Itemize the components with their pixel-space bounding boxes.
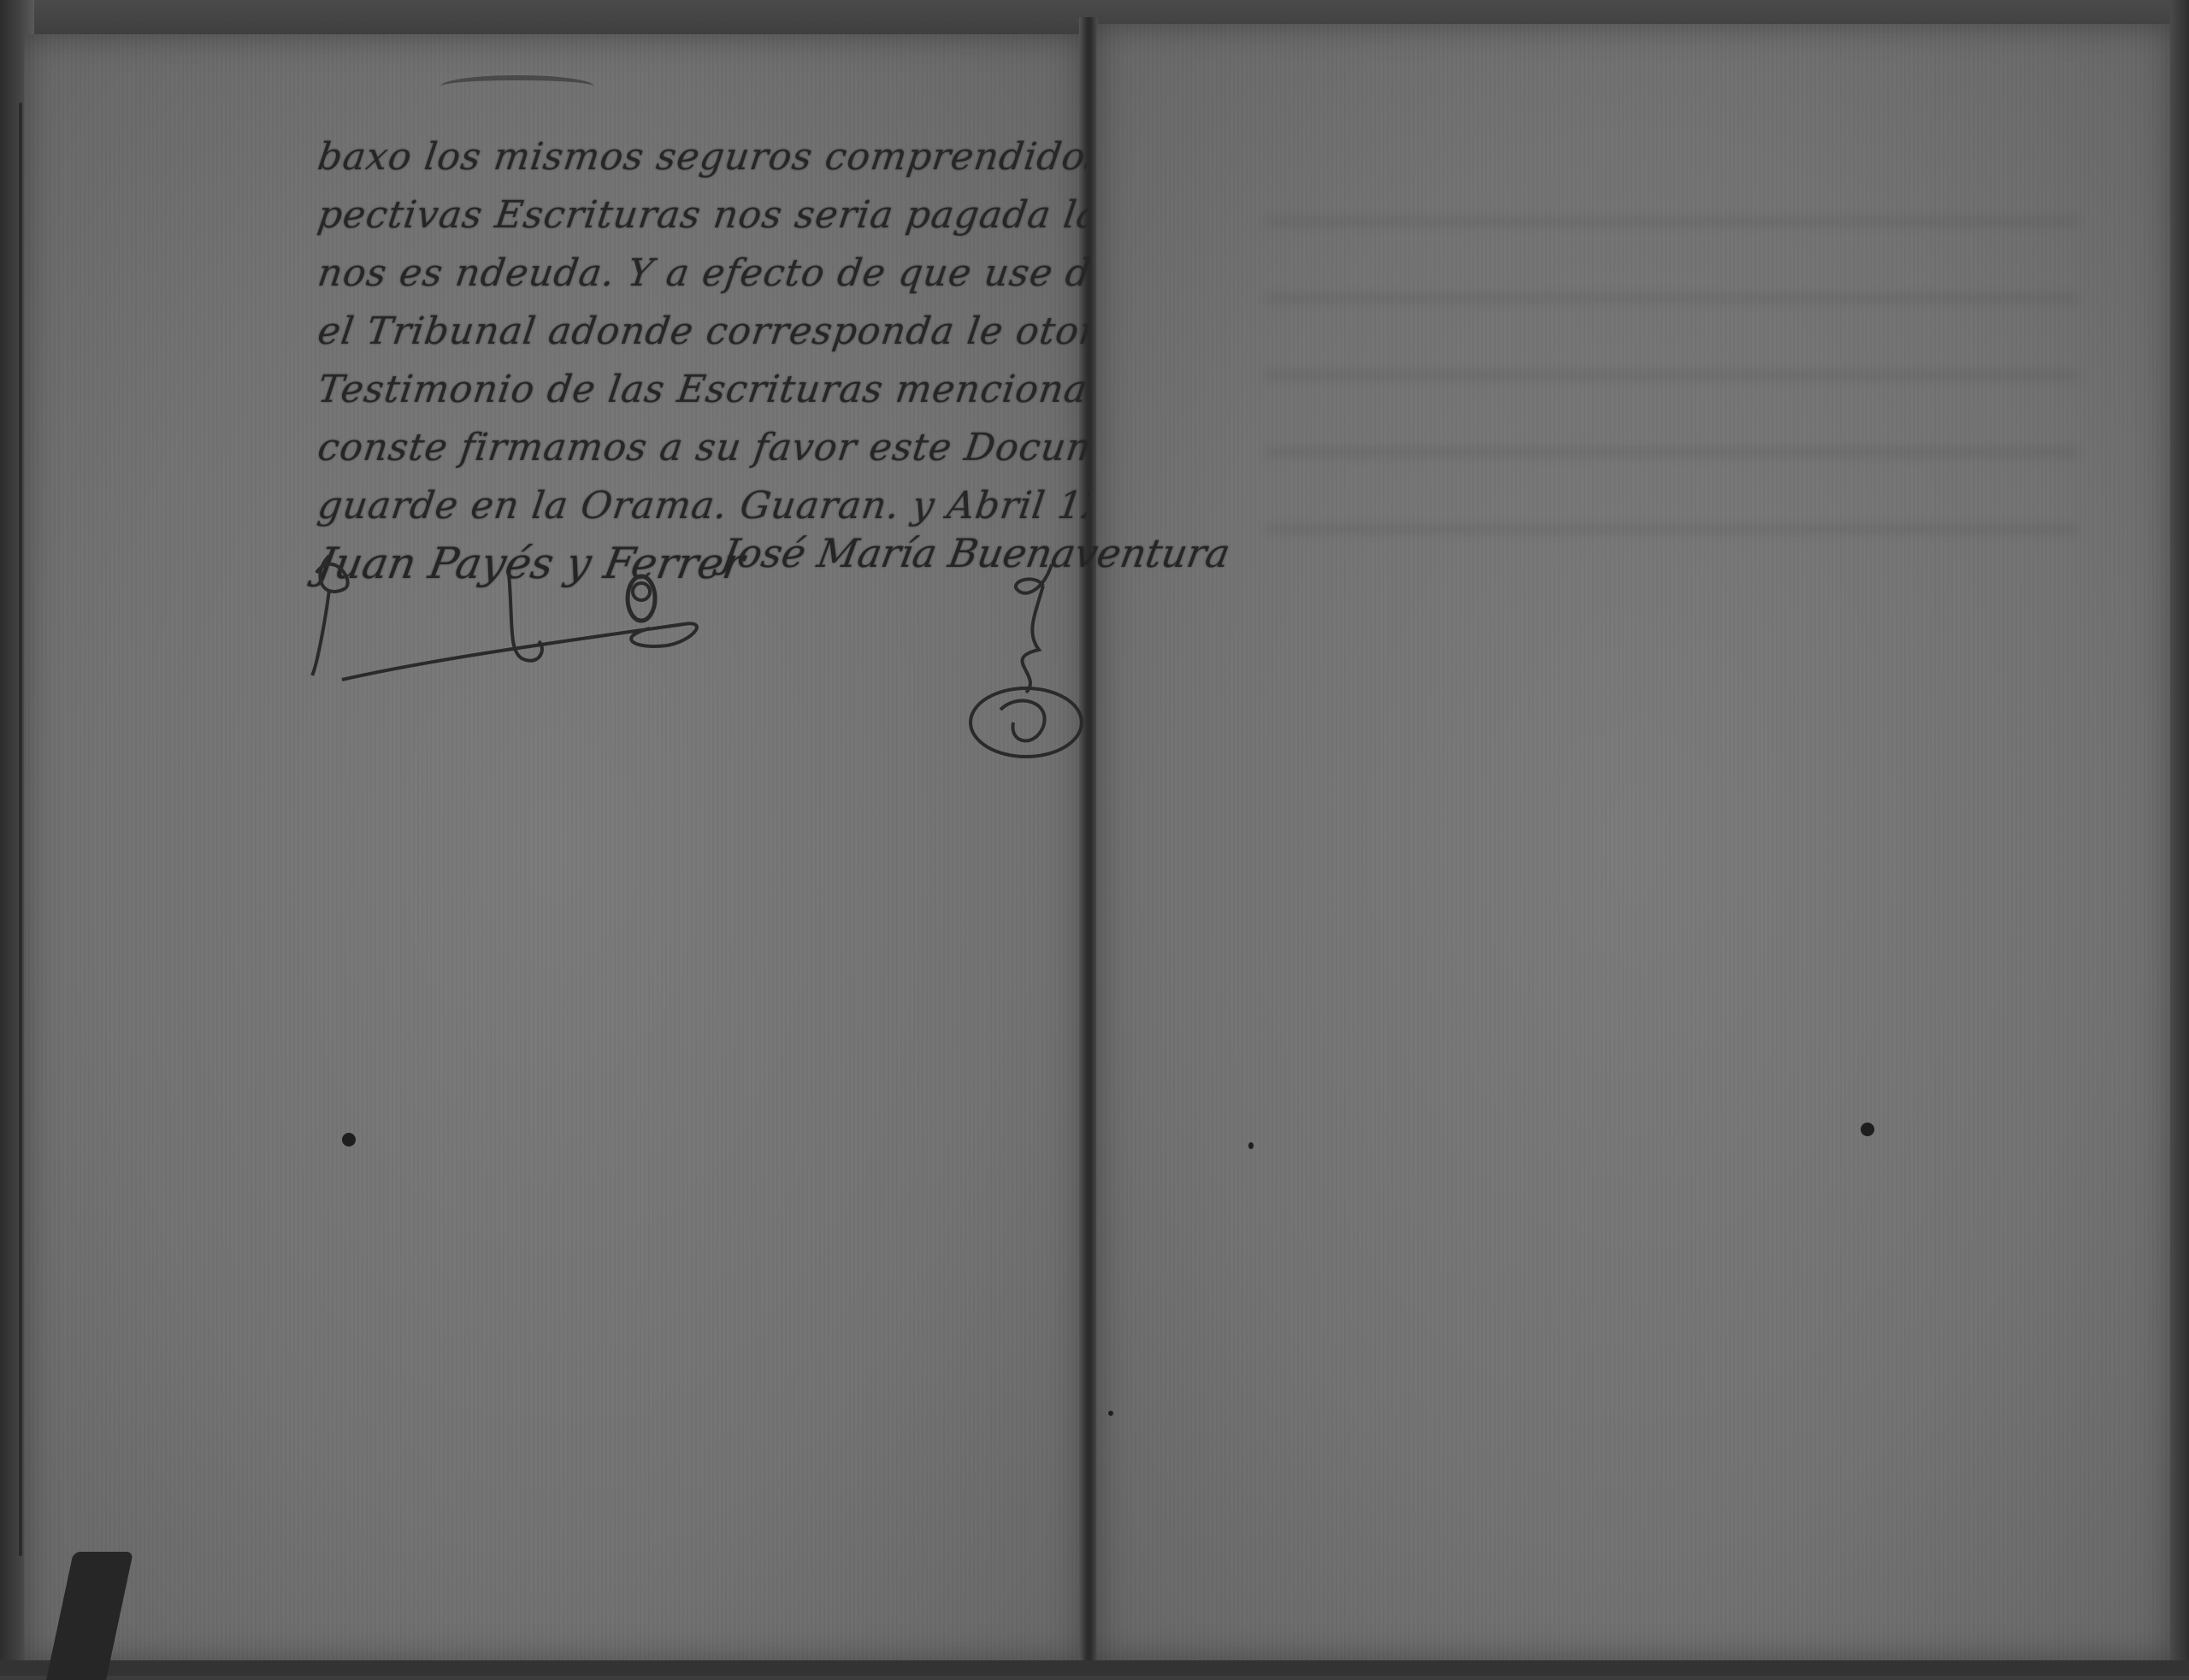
- ink-spot: [342, 1133, 356, 1147]
- bleed-through-text: [1266, 171, 2078, 598]
- signature-rubric-icon: [308, 539, 710, 693]
- manuscript-line: pectivas Escrituras nos seria pagada la …: [314, 186, 1092, 245]
- signature-rubric-icon: [949, 556, 1094, 761]
- ink-spot: [1108, 1411, 1113, 1416]
- manuscript-text: baxo los mismos seguros comprendidos en …: [318, 128, 1088, 535]
- book-right-edge: [2170, 0, 2189, 1676]
- manuscript-line: guarde en la Orama. Guaran. y Abril 12 d…: [314, 477, 1092, 535]
- book-bottom-edge: [0, 1660, 2189, 1676]
- manuscript-line: baxo los mismos seguros comprendidos en …: [314, 128, 1092, 186]
- ink-spot: [1248, 1142, 1254, 1149]
- manuscript-line: nos es ndeuda. Y a efecto de que use de …: [314, 245, 1092, 303]
- manuscript-line: el Tribunal adonde corresponda le otorga…: [314, 303, 1092, 361]
- manuscript-line: Testimonio de las Escrituras mencionadas…: [314, 361, 1092, 419]
- ink-spot: [1861, 1123, 1874, 1136]
- manuscript-line: conste firmamos a su favor este Document…: [314, 419, 1092, 477]
- scanned-spread: baxo los mismos seguros comprendidos en …: [0, 0, 2189, 1676]
- header-flourish: [440, 75, 594, 97]
